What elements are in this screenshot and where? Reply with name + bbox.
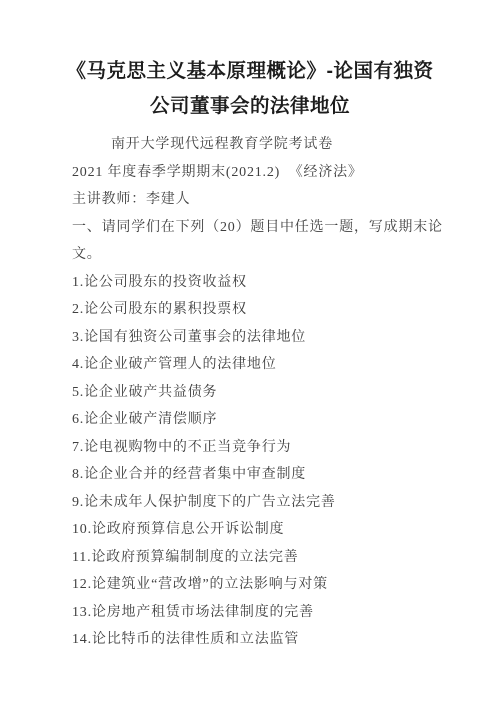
topic-item-2: 2.论公司股东的累积投票权 <box>72 296 460 324</box>
topic-item-10: 10.论政府预算信息公开诉讼制度 <box>72 516 460 544</box>
title-line-1: 《马克思主义基本原理概论》-论国有独资 <box>28 54 472 89</box>
topic-item-4: 4.论企业破产管理人的法律地位 <box>72 351 460 379</box>
topic-item-12: 12.论建筑业“营改增”的立法影响与对策 <box>72 571 460 599</box>
exam-header-teacher: 主讲教师：李建人 <box>72 186 460 214</box>
topic-item-9: 9.论未成年人保护制度下的广告立法完善 <box>72 489 460 517</box>
exam-header-term-course: 2021 年度春季学期期末(2021.2) 《经济法》 <box>72 159 460 187</box>
document-body: 南开大学现代远程教育学院考试卷 2021 年度春季学期期末(2021.2) 《经… <box>0 131 500 654</box>
instruction-line-1: 一、请同学们在下列（20）题目中任选一题，写成期末论 <box>72 214 460 242</box>
topic-item-8: 8.论企业合并的经营者集中审查制度 <box>72 461 460 489</box>
document-page: 《马克思主义基本原理概论》-论国有独资 公司董事会的法律地位 南开大学现代远程教… <box>0 0 500 708</box>
topic-item-5: 5.论企业破产共益债务 <box>72 379 460 407</box>
topic-item-11: 11.论政府预算编制制度的立法完善 <box>72 544 460 572</box>
document-title: 《马克思主义基本原理概论》-论国有独资 公司董事会的法律地位 <box>0 54 500 124</box>
topic-item-13: 13.论房地产租赁市场法律制度的完善 <box>72 599 460 627</box>
topic-item-1: 1.论公司股东的投资收益权 <box>72 269 460 297</box>
topic-item-6: 6.论企业破产清偿顺序 <box>72 406 460 434</box>
topic-item-14: 14.论比特币的法律性质和立法监管 <box>72 626 460 654</box>
topic-item-7: 7.论电视购物中的不正当竞争行为 <box>72 434 460 462</box>
title-line-2: 公司董事会的法律地位 <box>28 89 472 124</box>
instruction-line-2: 文。 <box>72 241 460 269</box>
exam-header-school: 南开大学现代远程教育学院考试卷 <box>72 131 460 159</box>
topic-item-3: 3.论国有独资公司董事会的法律地位 <box>72 324 460 352</box>
